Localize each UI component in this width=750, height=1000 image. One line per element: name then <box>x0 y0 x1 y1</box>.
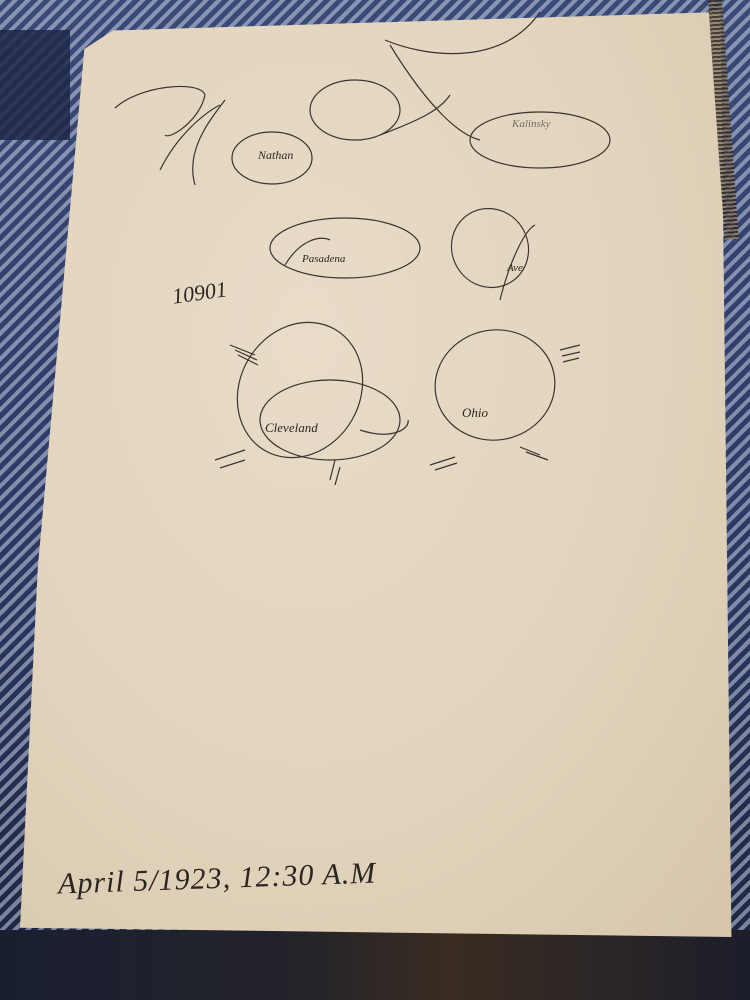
name-first-text: Nathan <box>258 148 293 163</box>
flourish-ornaments <box>0 0 750 1000</box>
state-text: Ohio <box>462 405 488 421</box>
city-text: Cleveland <box>265 420 318 436</box>
street-suffix-text: Ave <box>507 262 523 274</box>
name-last-text: Kalinsky <box>512 118 551 130</box>
street-name-text: Pasadena <box>302 253 345 265</box>
